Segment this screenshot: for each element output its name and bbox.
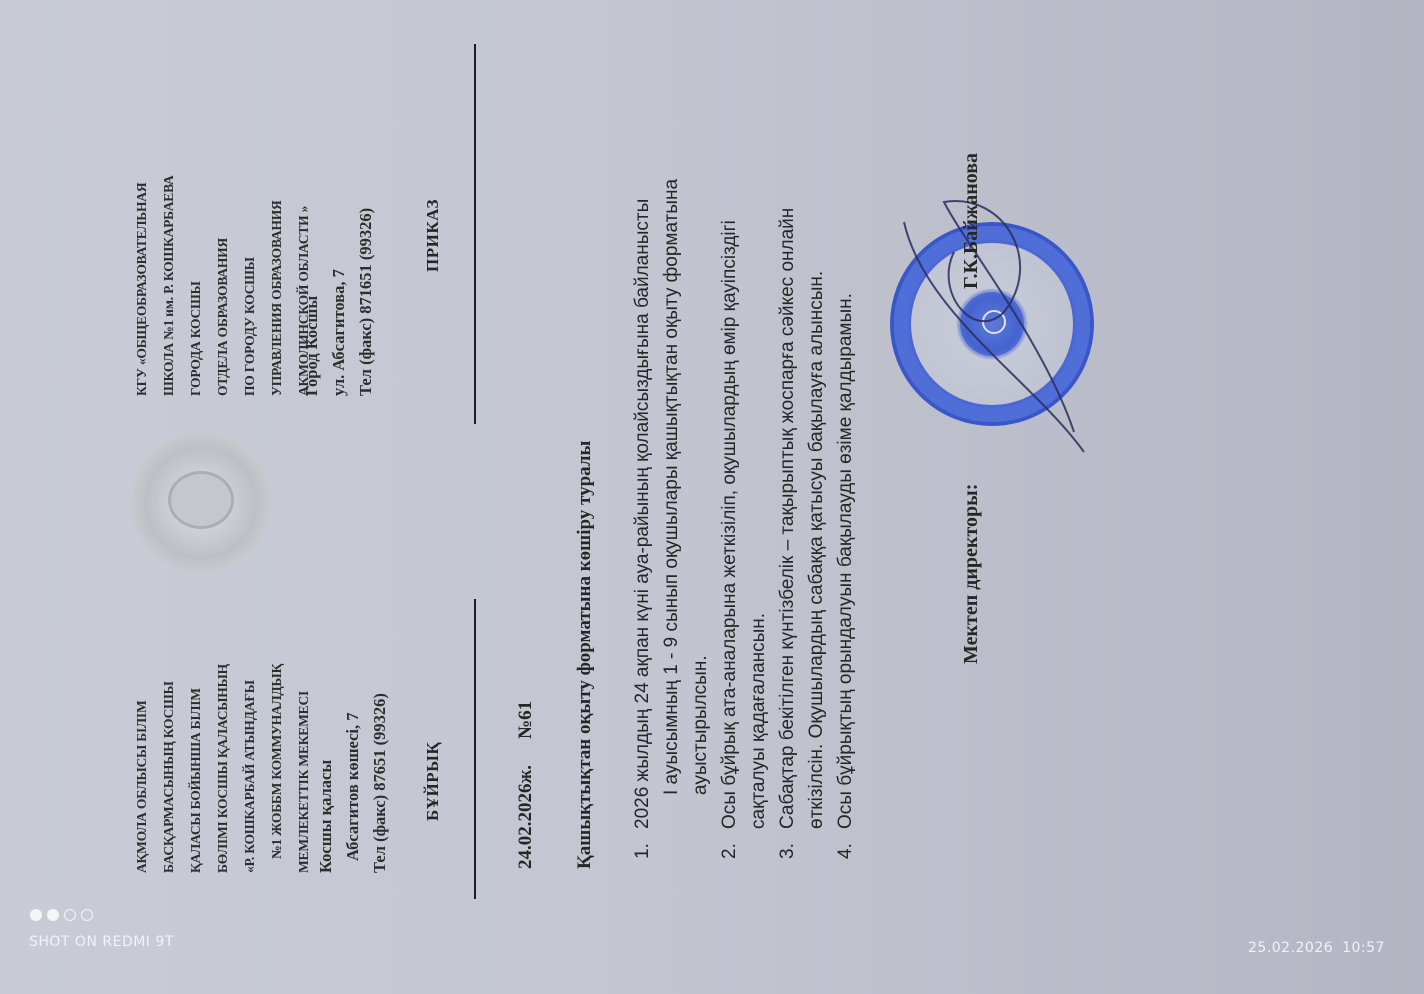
order-item: 3. Сабақтар бекітілген күнтізбелік – тақ… [773,49,831,869]
org-line: ПО ГОРОДУ КОСШЫ [236,56,263,396]
title-russian: ПРИКАЗ [423,199,443,272]
header-left-address: Косшы қаласы Абсагитов көшесі, 7 Тел (фа… [312,693,393,873]
order-item: 4. Осы бұйрықтың орындалуын бақылауды өз… [831,49,860,869]
address-line: ул. Абсагитова, 7 [325,208,352,396]
org-line: БАСҚАРМАСЫНЫҢ КОСШЫ [155,573,182,873]
org-line: ҚАЛАСЫ БОЙЫНША БІЛІМ [182,573,209,873]
header-right-org: КГУ «ОБЩЕОБРАЗОВАТЕЛЬНАЯ ШКОЛА №1 им. Р.… [128,56,317,396]
dot-icon [81,909,93,921]
signature-scribble-icon [884,182,1104,462]
dot-icon [64,909,76,921]
org-line: БӨЛІМІ КОСШЫ ҚАЛАСЫНЫҢ [209,573,236,873]
order-date-number: 24.02.2026ж.№61 [515,701,537,869]
dot-icon [30,909,42,921]
org-line: «Р. КОШКАРБАЙ АТЫНДАҒЫ [236,573,263,873]
address-line: Абсагитов көшесі, 7 [339,693,366,873]
divider-right [474,44,476,424]
org-line: ОТДЕЛА ОБРАЗОВАНИЯ [209,56,236,396]
order-date: 24.02.2026ж. [515,765,536,869]
order-number: №61 [515,701,536,739]
org-line: УПРАВЛЕНИЯ ОБРАЗОВАНИЯ [263,56,290,396]
order-items: 1. 2026 жылдың 24 ақпан күні ауа-райының… [628,49,860,869]
org-line: КГУ «ОБЩЕОБРАЗОВАТЕЛЬНАЯ [128,56,155,396]
signature-name: Г.К.Байжанова [960,153,983,289]
address-line: Тел (факс) 871651 (99326) [352,208,379,396]
signature-role: Мектеп директоры: [960,484,983,664]
document-page: АҚМОЛА ОБЛЫСЫ БІЛІМ БАСҚАРМАСЫНЫҢ КОСШЫ … [0,0,1424,994]
order-subject: Қашықтықтан оқыту форматына көшіру турал… [574,441,596,869]
org-line: ШКОЛА №1 им. Р. КОШКАРБАЕВА [155,56,182,396]
dot-icon [47,909,59,921]
camera-watermark-dots [30,909,93,921]
divider-left [474,599,476,899]
org-line: АҚМОЛА ОБЛЫСЫ БІЛІМ [128,573,155,873]
address-line: Город Косшы [298,208,325,396]
address-line: Тел (факс) 87651 (99326) [366,693,393,873]
order-item: 1. 2026 жылдың 24 ақпан күні ауа-райының… [628,49,715,869]
address-line: Косшы қаласы [312,693,339,873]
header-left-org: АҚМОЛА ОБЛЫСЫ БІЛІМ БАСҚАРМАСЫНЫҢ КОСШЫ … [128,573,317,873]
order-item: 2. Осы бұйрық ата-аналарына жеткізіліп, … [715,49,773,869]
org-line: №1 ЖОББМ КОММУНАЛДЫҚ [263,573,290,873]
official-stamp-icon [890,222,1094,426]
header-right-address: Город Косшы ул. Абсагитова, 7 Тел (факс)… [298,208,379,396]
title-kazakh: БҰЙРЫҚ [423,742,443,821]
camera-watermark-brand: SHOT ON REDMI 9T [29,934,174,950]
state-emblem-icon [130,432,272,574]
camera-watermark-datetime: 25.02.2026 10:57 [1248,940,1385,956]
org-line: ГОРОДА КОСШЫ [182,56,209,396]
